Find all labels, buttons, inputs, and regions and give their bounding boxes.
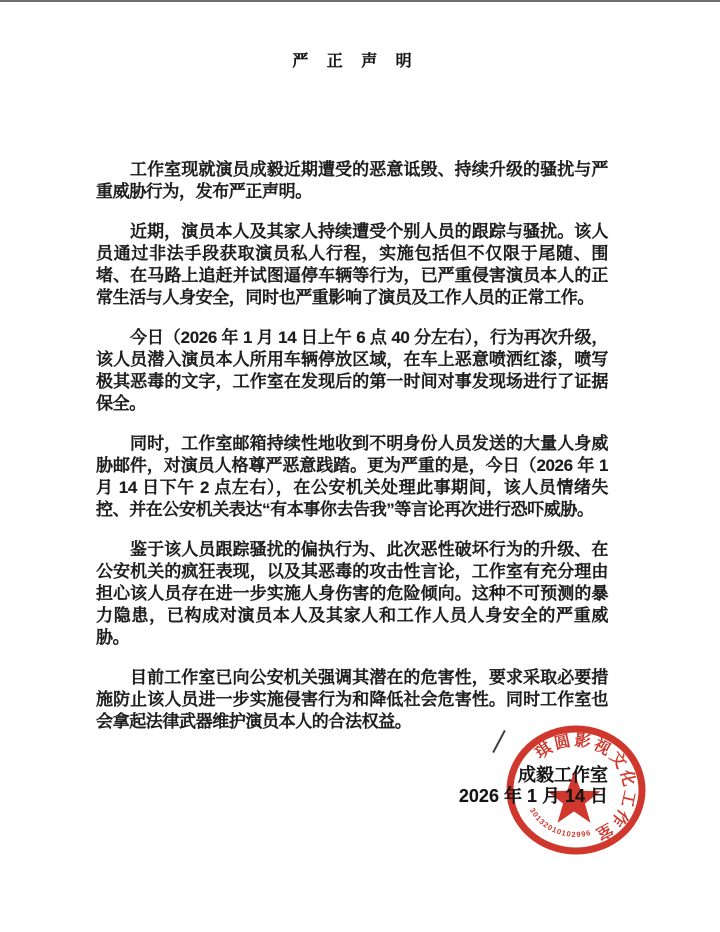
statement-paragraph: 今日（2026 年 1 月 14 日上午 6 点 40 分左右），行为再次升级，…: [96, 327, 608, 415]
document-title: 严 正 声 明: [96, 48, 608, 71]
statement-paragraph: 目前工作室已向公安机关强调其潜在的危害性，要求采取必要措施防止该人员进一步实施侵…: [96, 667, 608, 733]
statement-paragraph: 鉴于该人员跟踪骚扰的偏执行为、此次恶性破坏行为的升级、在公安机关的疯狂表现，以及…: [96, 539, 608, 649]
signature-date: 2026 年 1 月 14 日: [96, 786, 608, 807]
signature-block: 成毅工作室 2026 年 1 月 14 日: [96, 765, 608, 807]
statement-document: 严 正 声 明 工作室现就演员成毅近期遭受的恶意诋毁、持续升级的骚扰与严重威胁行…: [96, 48, 608, 807]
statement-paragraph: 同时，工作室邮箱持续性地收到不明身份人员发送的大量人身威胁邮件，对演员人格尊严恶…: [96, 433, 608, 521]
signature-studio-name: 成毅工作室: [96, 765, 608, 786]
statement-paragraph: 近期，演员本人及其家人持续遭受个别人员的跟踪与骚扰。该人员通过非法手段获取演员私…: [96, 221, 608, 309]
scan-edge-line: [0, 0, 720, 2]
statement-paragraph: 工作室现就演员成毅近期遭受的恶意诋毁、持续升级的骚扰与严重威胁行为，发布严正声明…: [96, 159, 608, 203]
